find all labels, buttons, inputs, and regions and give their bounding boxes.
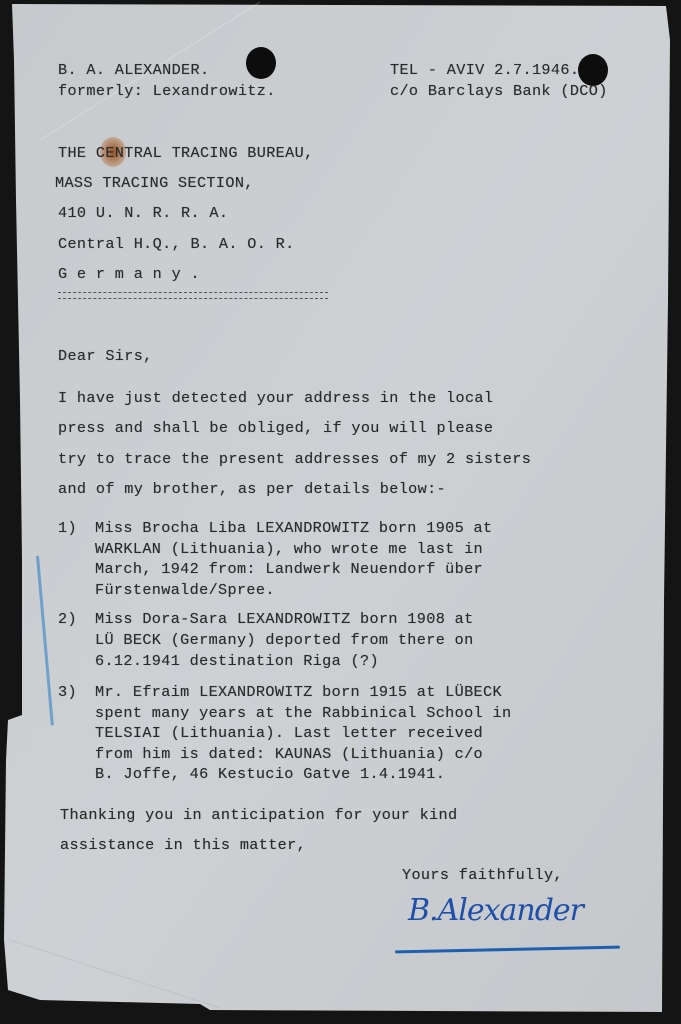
- person-3-line: Mr. Efraim LEXANDROWITZ born 1915 at LÜB…: [95, 685, 502, 700]
- person-3-line: from him is dated: KAUNAS (Lithuania) c/…: [95, 747, 483, 762]
- place-date: TEL - AVIV 2.7.1946.: [390, 63, 579, 78]
- person-1-number: 1): [58, 521, 77, 536]
- letter-page: B. A. ALEXANDER. formerly: Lexandrowitz.…: [0, 0, 681, 1024]
- person-1-line: Miss Brocha Liba LEXANDROWITZ born 1905 …: [95, 521, 493, 536]
- person-1-line: Fürstenwalde/Spree.: [95, 583, 275, 598]
- closing-line: Thanking you in anticipation for your ki…: [60, 808, 458, 823]
- valediction: Yours faithfully,: [402, 868, 563, 883]
- person-2-line: Miss Dora-Sara LEXANDROWITZ born 1908 at: [95, 612, 474, 627]
- handwritten-signature: B.Alexander: [408, 893, 583, 928]
- punch-hole-left: [246, 47, 276, 79]
- recipient-line: MASS TRACING SECTION,: [55, 176, 254, 191]
- person-3-number: 3): [58, 685, 77, 700]
- body-line: try to trace the present addresses of my…: [58, 452, 531, 467]
- recipient-line: G e r m a n y .: [58, 267, 200, 282]
- person-2-number: 2): [58, 612, 77, 627]
- person-2-line: 6.12.1941 destination Riga (?): [95, 654, 379, 669]
- sender-name: B. A. ALEXANDER.: [58, 63, 209, 78]
- care-of: c/o Barclays Bank (DCO): [390, 84, 608, 99]
- person-1-line: March, 1942 from: Landwerk Neuendorf übe…: [95, 562, 483, 577]
- person-2-line: LÜ BECK (Germany) deported from there on: [95, 633, 474, 648]
- person-3-line: spent many years at the Rabbinical Schoo…: [95, 706, 511, 721]
- body-line: press and shall be obliged, if you will …: [58, 421, 493, 436]
- salutation: Dear Sirs,: [58, 349, 153, 364]
- sender-former-name: formerly: Lexandrowitz.: [58, 84, 276, 99]
- recipient-line: 410 U. N. R. R. A.: [58, 206, 228, 221]
- person-1-line: WARKLAN (Lithuania), who wrote me last i…: [95, 542, 483, 557]
- person-3-line: B. Joffe, 46 Kestucio Gatve 1.4.1941.: [95, 767, 445, 782]
- recipient-line: THE CENTRAL TRACING BUREAU,: [58, 146, 314, 161]
- body-line: and of my brother, as per details below:…: [58, 482, 446, 497]
- recipient-underline: [58, 292, 328, 299]
- person-3-line: TELSIAI (Lithuania). Last letter receive…: [95, 726, 483, 741]
- body-line: I have just detected your address in the…: [58, 391, 493, 406]
- closing-line: assistance in this matter,: [60, 838, 306, 853]
- recipient-line: Central H.Q., B. A. O. R.: [58, 237, 295, 252]
- letter-body: Dear Sirs, I have just detected your add…: [0, 0, 38, 441]
